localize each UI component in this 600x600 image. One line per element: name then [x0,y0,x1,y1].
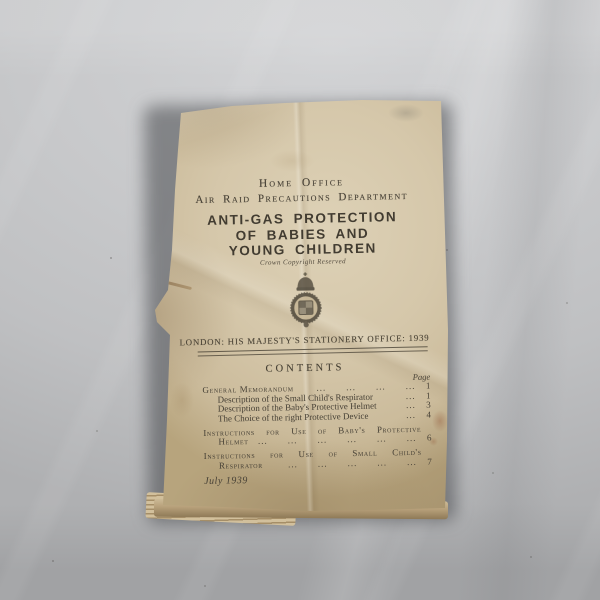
toc-entry-label: Helmet [218,437,248,447]
toc-entry-two-line: Instructions for Use of Baby's Protectiv… [203,424,431,447]
dot-leaders: ... [368,410,421,421]
toc-entry-label: The Choice of the right Protective Devic… [218,411,369,423]
publication-date: July 1939 [204,472,432,487]
dot-leaders: ... ... ... ... ... [263,457,422,470]
photo-of-pamphlet: Home Office Air Raid Precautions Departm… [0,0,600,600]
toc-page-number: 6 [421,434,431,444]
toc-page-number: 4 [421,410,431,420]
contents-list: Page General Memorandum ... ... ... ... … [202,373,432,487]
toc-entry-two-line: Instructions for Use of Small Child's Re… [204,448,432,471]
double-rule-divider [198,346,428,356]
cover-printed-content: Home Office Air Raid Precautions Departm… [149,89,459,521]
dot-leaders: ... ... ... ... ... ... [248,434,421,447]
toc-entry-label: Respirator [219,460,263,470]
pamphlet-cover: Home Office Air Raid Precautions Departm… [152,92,454,518]
pamphlet-title: ANTI-GAS PROTECTION OF BABIES AND YOUNG … [151,208,454,260]
royal-coat-of-arms-icon [285,272,326,331]
toc-entry-label-line2: Helmet ... ... ... ... ... ... 6 [203,434,431,448]
dust-specks [0,0,2,2]
department-line-2: Air Raid Precautions Department [151,189,453,207]
toc-page-number: 7 [422,457,432,467]
publisher-imprint: LONDON: HIS MAJESTY'S STATIONERY OFFICE:… [153,332,455,348]
